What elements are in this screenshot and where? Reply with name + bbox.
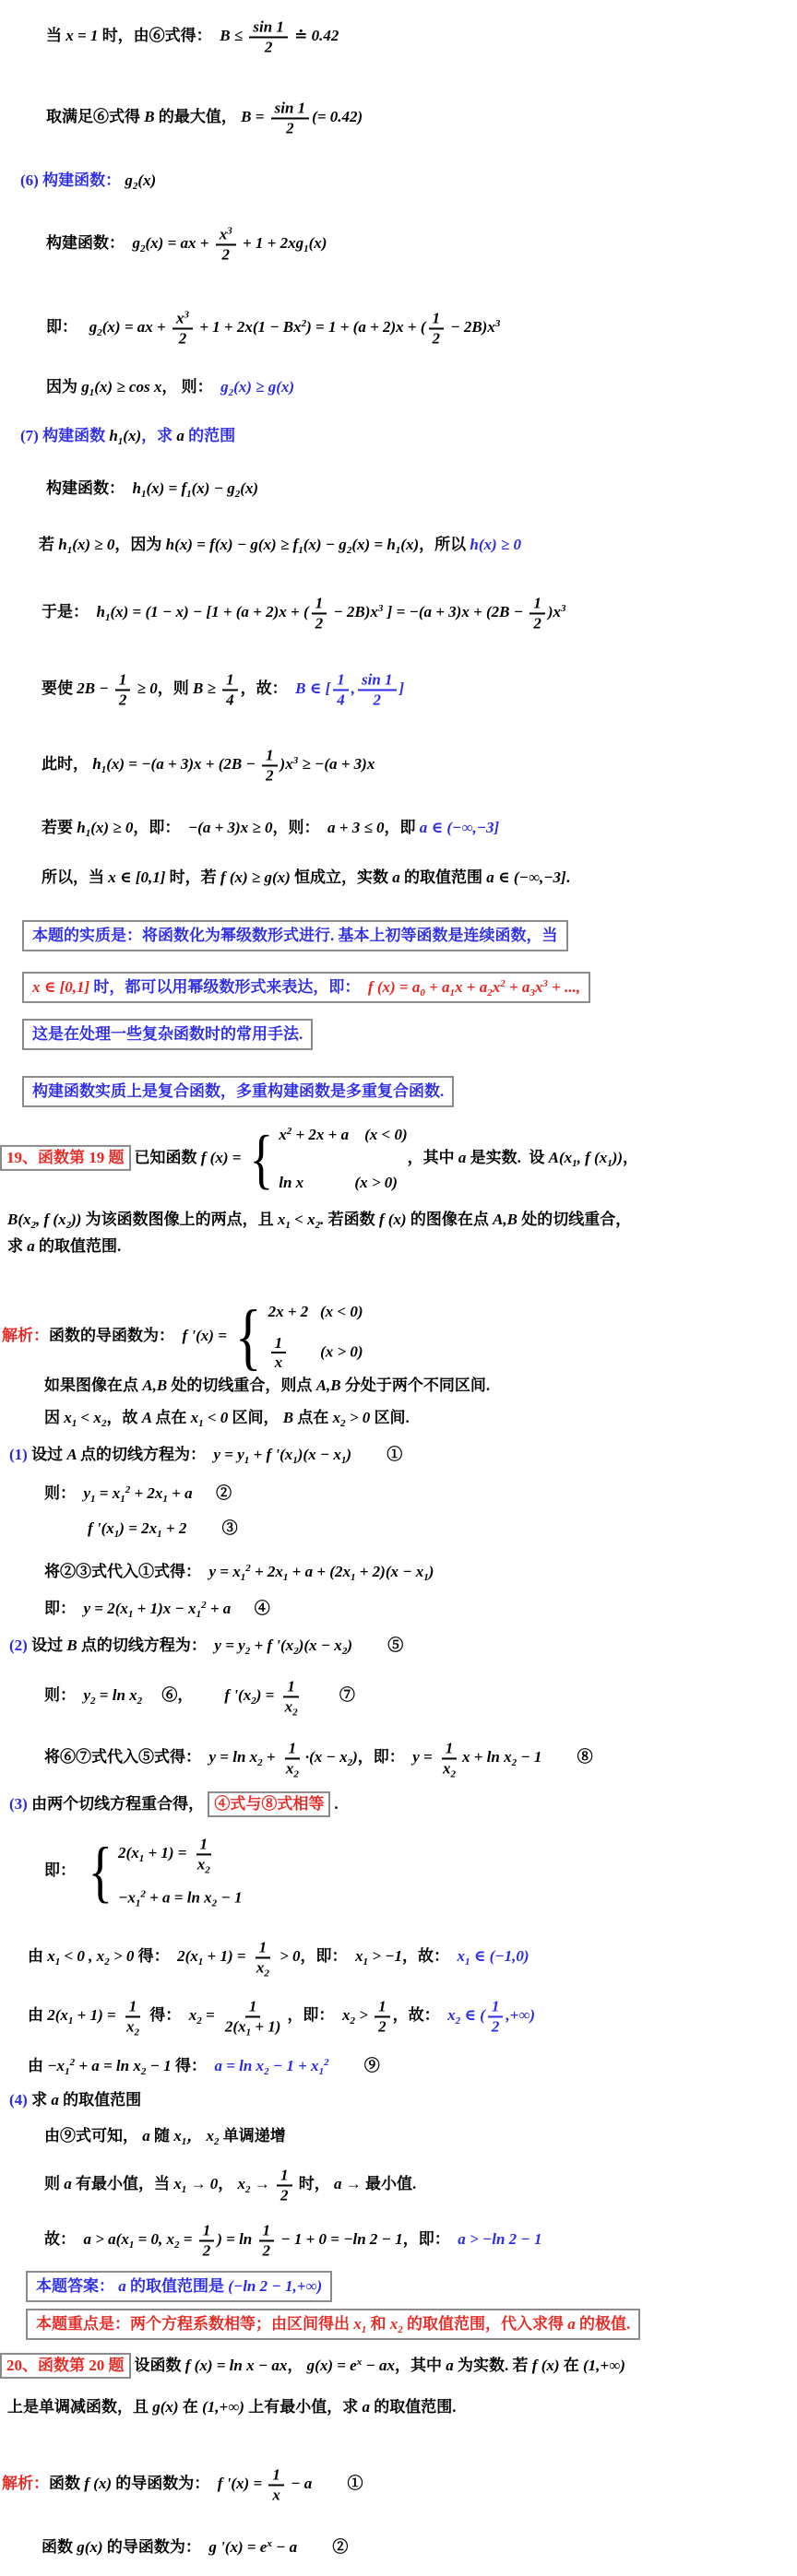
text-segment: g '(x) = e xyxy=(208,2538,267,2556)
text-segment: ，其中 xyxy=(408,1149,458,1166)
text-segment: 1 xyxy=(203,2221,211,2239)
text-segment: → xyxy=(251,2175,275,2192)
text-segment: 1 xyxy=(200,1835,208,1852)
text-segment: (1) xyxy=(9,1446,31,1463)
q19-min-limit: 则 a 有最小值，当 x1 → 0， x2 → 12 时， a → 最小值. xyxy=(44,2166,416,2204)
text-segment: 的取值范围. xyxy=(374,2398,456,2416)
fraction: 12 xyxy=(488,1997,504,2035)
q19-statement-2: B(x2, f (x2)) 为该函数图像上的两点，且 x1 < x2. 若函数 … xyxy=(7,1210,631,1230)
text-segment: ) = xyxy=(256,1686,279,1704)
document-page: 当 x = 1 时，由⑥式得： B ≤ sin 12 ≐ 0.42取满足⑥式得 … xyxy=(0,0,797,2576)
text-segment: − ax xyxy=(362,2357,395,2374)
text-segment: 由 xyxy=(28,2006,47,2024)
q19-a-minimum: 故： a > a(x1 = 0, x2 = 12) = ln 12 − 1 + … xyxy=(44,2221,541,2259)
text-segment: y = xyxy=(412,1748,436,1766)
text-segment: + 1 + 2xg xyxy=(239,234,303,252)
text-segment: y = 2(x xyxy=(84,1600,128,1617)
text-segment: + f '(x xyxy=(249,1446,292,1463)
text-segment: 将⑥⑦式代入⑤式得： xyxy=(44,1748,209,1766)
text-segment: 2 xyxy=(315,614,324,632)
text-segment: 点的切线方程为： xyxy=(80,1446,214,1463)
fraction: 12 xyxy=(375,1997,390,2035)
text-segment: + a = ln x xyxy=(146,1889,212,1907)
text-segment: . xyxy=(334,1795,338,1813)
text-segment: ] = −(a + 3)x + (2B − xyxy=(383,603,527,620)
text-segment: f (x) xyxy=(379,1211,410,1228)
text-segment: (x) xyxy=(137,171,156,189)
text-segment: x ∈ [0,1] xyxy=(108,869,169,886)
text-segment: ① xyxy=(351,1446,402,1463)
text-segment: ⑥， xyxy=(142,1686,224,1704)
text-segment: 3 xyxy=(561,603,566,614)
text-segment: a xyxy=(334,2175,342,2192)
text-segment: + 1) = xyxy=(203,1947,250,1965)
text-segment: ， x xyxy=(186,2127,214,2145)
text-segment: ⑨ xyxy=(329,2057,380,2074)
fraction: 14 xyxy=(222,670,238,708)
text-segment: a xyxy=(118,2277,130,2295)
text-segment: − 2B)x xyxy=(329,603,378,620)
fraction: sin 12 xyxy=(249,18,288,55)
text-segment: )(x − x xyxy=(299,1637,342,1654)
text-segment: A(x xyxy=(549,1149,573,1166)
text-segment: (7) xyxy=(20,427,42,444)
text-segment: 此时， xyxy=(42,755,92,773)
text-segment: 的导函数为： xyxy=(107,2538,209,2556)
text-segment: B ∈ [ xyxy=(295,679,330,697)
note-box-power-series-3: 这是在处理一些复杂函数时的常用手法. xyxy=(22,1019,313,1050)
text-segment: x xyxy=(220,225,228,242)
text-segment: + 1) = xyxy=(144,1844,191,1861)
text-segment: = xyxy=(202,2006,219,2024)
text-segment: 在 xyxy=(564,2357,583,2374)
text-segment: x ∈ [0,1] xyxy=(32,978,93,996)
text-segment: , f (x xyxy=(577,1149,608,1166)
text-segment: ) = 2x xyxy=(119,1519,157,1537)
note-box-power-series-1: 本题的实质是：将函数化为幂级数形式进行. 基本上初等函数是连续函数，当 xyxy=(22,920,568,951)
text-segment: ③ xyxy=(186,1519,237,1537)
text-segment: 即： xyxy=(46,318,89,336)
text-segment: 即： xyxy=(44,1600,84,1617)
text-segment: = 0, x xyxy=(134,2230,174,2248)
fraction: 12 xyxy=(529,594,545,632)
text-segment: 已知函数 xyxy=(135,1149,201,1166)
text-segment: − 2B)x xyxy=(446,318,495,336)
text-segment: + 2 xyxy=(162,1519,187,1537)
text-segment: + a = ln x xyxy=(75,2057,141,2074)
text-segment: ，故： xyxy=(402,1947,458,1965)
text-segment: a xyxy=(446,2357,458,2374)
text-segment: A,B xyxy=(316,1377,345,1394)
boxed-label: ④式与⑧式相等 xyxy=(208,1791,330,1817)
q19-eq8: 将⑥⑦式代入⑤式得： y = ln x2 + 1x2·(x − x2)，即： y… xyxy=(44,1739,593,1777)
text-segment: a xyxy=(362,2398,374,2416)
text-segment: 1 xyxy=(263,2221,271,2239)
text-segment: 2 xyxy=(378,2017,387,2035)
line-g2-ge-g: 因为 g1(x) ≥ cos x， 则： g2(x) ≥ g(x) xyxy=(46,377,294,397)
text-segment: 1 xyxy=(266,746,274,763)
text-segment: = xyxy=(251,108,268,125)
text-segment: − 1 + x xyxy=(269,2057,319,2074)
q19-eq67: 则： y2 = ln x2 ⑥， f '(x2) = 1x2 ⑦ xyxy=(44,1677,355,1715)
piecewise-row: 2(x1 + 1) = 1x2 xyxy=(118,1835,242,1873)
text-segment: 2 xyxy=(179,329,187,347)
text-segment: 得： xyxy=(138,1947,178,1965)
text-segment: x xyxy=(279,1126,287,1143)
text-segment: 若要 xyxy=(42,819,77,836)
fraction: 12 xyxy=(277,2166,292,2204)
fraction: 12 xyxy=(312,594,327,632)
text-segment: 时， xyxy=(295,2175,335,2192)
text-segment: − a xyxy=(272,2538,297,2556)
fraction: 1x xyxy=(271,1334,287,1372)
q19-derivative: 解析：函数的导函数为： f '(x) = {2x + 2 (x < 0)1x (… xyxy=(2,1300,363,1374)
text-segment: − 1 xyxy=(517,1748,541,1766)
text-segment: x xyxy=(285,1697,293,1715)
text-segment: x xyxy=(173,2175,182,2192)
text-segment: ，即 xyxy=(385,819,420,836)
text-segment: 由⑨式可知， xyxy=(44,2127,142,2145)
piecewise-stack: 2(x1 + 1) = 1x2−x12 + a = ln x2 − 1 xyxy=(118,1835,242,1908)
text-segment: ，故 xyxy=(106,1409,141,1426)
text-segment: x + ln x xyxy=(462,1748,512,1766)
text-segment: + f '(x xyxy=(250,1637,293,1654)
q19-step1-tangent-A: (1) 设过 A 点的切线方程为： y = y1 + f '(x1)(x − x… xyxy=(9,1445,402,1465)
piecewise-row: 1x (x > 0) xyxy=(268,1334,363,1372)
text-segment: )x xyxy=(548,603,561,620)
text-segment: 因为 xyxy=(46,378,81,396)
text-segment: h xyxy=(92,755,101,773)
text-segment: 最小值. xyxy=(365,2175,416,2192)
text-segment: 1 xyxy=(272,2465,280,2483)
text-segment: f (x) = a xyxy=(368,978,420,996)
boxed-label: 20、函数第 20 题 xyxy=(0,2353,131,2379)
text-segment: x xyxy=(493,978,501,996)
text-segment: + a + (2x xyxy=(288,1563,351,1580)
text-segment: ·(x − x xyxy=(305,1748,348,1766)
text-segment: ， xyxy=(218,2175,237,2192)
text-segment: (1,+∞) xyxy=(583,2357,625,2374)
text-segment: − 1 + 0 = −ln 2 − 1 xyxy=(277,2230,403,2248)
q20-derivative-f: 解析：函数 f (x) 的导函数为： f '(x) = 1x − a ① xyxy=(2,2465,363,2503)
text-segment: 2 xyxy=(264,1967,269,1979)
text-segment: 构建函数： xyxy=(46,234,133,252)
text-segment: 将②③式代入①式得： xyxy=(44,1563,209,1580)
fraction: 12 xyxy=(199,2221,215,2259)
brace-glyph: { xyxy=(249,1126,273,1192)
text-segment: (6) xyxy=(20,171,42,189)
text-segment: ⑧ xyxy=(541,1748,592,1766)
text-segment: 因 xyxy=(44,1409,64,1426)
text-segment: ⑦ xyxy=(304,1686,355,1704)
text-segment: 1 xyxy=(280,2166,289,2183)
text-segment: x xyxy=(333,1409,341,1426)
text-segment: ⑤ xyxy=(352,1637,403,1654)
text-segment: (= 0.42) xyxy=(312,108,363,125)
text-segment: ∈ (−1,0) xyxy=(470,1947,529,1965)
text-segment: 则： xyxy=(44,1484,84,1502)
q20-derivative-g: 函数 g(x) 的导函数为： g '(x) = ex − a ② xyxy=(42,2537,348,2558)
text-segment: 2 xyxy=(450,1768,456,1779)
text-segment: −x xyxy=(118,1889,136,1907)
text-segment: 的取值范围 xyxy=(63,2091,141,2109)
text-segment: 由两个切线方程重合得， xyxy=(31,1795,208,1813)
text-segment: 求 xyxy=(31,2091,51,2109)
text-segment: 和 xyxy=(366,2315,390,2333)
text-segment: 1 xyxy=(433,309,441,326)
text-segment: 1 xyxy=(249,1997,257,2015)
fraction: 12(x1 + 1) xyxy=(221,1997,285,2035)
q19-answer-box: 本题答案： a 的取值范围是 (−ln 2 − 1,+∞) xyxy=(26,2271,332,2302)
text-segment: 2 xyxy=(533,614,541,632)
text-segment: )) xyxy=(613,1149,623,1166)
text-segment: (x) = (1 − x) − [1 + (a + 2)x + ( xyxy=(110,603,308,620)
text-segment: x xyxy=(197,1855,206,1873)
text-segment: 2 xyxy=(263,2241,271,2259)
text-segment: ) xyxy=(429,1563,434,1580)
text-segment: x xyxy=(64,1409,72,1426)
text-segment: 函数的导函数为： xyxy=(49,1327,183,1344)
text-segment: ) = 1 + (a + 2)x + ( xyxy=(306,318,425,336)
text-segment: (x) = −(a + 3)x + (2B − xyxy=(106,755,259,773)
line-b-max: 取满足⑥式得 B 的最大值， B = sin 12(= 0.42) xyxy=(46,99,363,136)
text-segment: 本题的实质是：将函数化为幂级数形式进行. 基本上初等函数是连续函数，当 xyxy=(32,927,558,944)
text-segment: 的范围 xyxy=(184,427,235,444)
text-segment: 1 xyxy=(289,1739,297,1756)
text-segment: = x xyxy=(96,1484,121,1502)
text-segment: 上有最小值，求 xyxy=(248,2398,362,2416)
q20-statement-1: 20、函数第 20 题设函数 f (x) = ln x − ax， g(x) =… xyxy=(0,2353,625,2379)
text-segment: a > −ln 2 − 1 xyxy=(458,2230,541,2248)
text-segment: f '(x xyxy=(88,1519,114,1537)
text-segment: 构建函数： xyxy=(46,479,133,497)
text-segment: ① xyxy=(312,2475,363,2492)
text-segment: ，则 xyxy=(158,679,193,697)
text-segment: ，因为 xyxy=(114,536,165,553)
text-segment: −(a + 3)x ≥ 0 xyxy=(188,819,273,836)
text-segment: = ln x xyxy=(96,1686,137,1704)
brace-glyph: { xyxy=(88,1837,113,1906)
text-segment: 2 xyxy=(134,2027,139,2038)
text-segment: 2 xyxy=(265,38,273,55)
text-segment: (x) − g xyxy=(303,536,347,553)
text-segment: 解析： xyxy=(2,2475,49,2492)
text-segment: (x) xyxy=(400,536,419,553)
text-segment: 2 xyxy=(221,245,230,263)
text-segment: 2 xyxy=(119,691,127,708)
line-B-range: 要使 2B − 12 ≥ 0，则 B ≥ 14，故： B ∈ [14,sin 1… xyxy=(42,670,404,708)
line-h1-ge0: 若 h1(x) ≥ 0，因为 h(x) = f(x) − g(x) ≥ f1(x… xyxy=(39,535,521,555)
text-segment: ，即： xyxy=(403,2230,458,2248)
fraction: 12 xyxy=(262,746,278,784)
text-segment: f '(x xyxy=(224,1686,251,1704)
text-segment: (3) xyxy=(9,1795,31,1813)
line-h1-expanded: 于是： h1(x) = (1 − x) − [1 + (a + 2)x + (1… xyxy=(42,594,566,632)
q19-monotonic: 由⑨式可知， a 随 x1， x2 单调递增 xyxy=(44,2126,286,2146)
q19-step4-a-range: (4) 求 a 的取值范围 xyxy=(9,2090,141,2110)
text-segment: ④ xyxy=(231,1600,270,1617)
text-segment: + 2x + a (x < 0) xyxy=(291,1126,407,1143)
text-segment: 区间， xyxy=(232,1409,283,1426)
text-segment: B xyxy=(220,27,230,44)
q19-system: 即： {2(x1 + 1) = 1x2−x12 + a = ln x2 − 1 xyxy=(44,1835,242,1908)
text-segment: 1 xyxy=(287,1677,295,1695)
text-segment: , xyxy=(351,679,355,697)
text-segment: h(x) = f(x) − g(x) ≥ f xyxy=(166,536,299,553)
text-segment: 的导函数为： xyxy=(115,2475,218,2492)
text-segment: ，则： xyxy=(273,819,328,836)
q19-step2-tangent-B: (2) 设过 B 点的切线方程为： y = y2 + f '(x2)(x − x… xyxy=(9,1636,403,1656)
text-segment: a xyxy=(392,869,404,886)
text-segment: ] xyxy=(399,679,405,697)
text-segment: 时，由⑥式得： xyxy=(102,27,220,44)
text-segment: 1 xyxy=(378,1997,387,2015)
q19-eq9: 由 −x12 + a = ln x2 − 1 得： a = ln x2 − 1 … xyxy=(28,2056,380,2076)
text-segment: + xyxy=(263,1748,280,1766)
text-segment: 处的切线重合， xyxy=(521,1211,631,1228)
text-segment: ≐ 0.42 xyxy=(291,27,339,44)
brace-glyph: { xyxy=(235,1300,262,1374)
text-segment: 的取值范围，代入求得 xyxy=(403,2315,568,2333)
text-segment: y = y xyxy=(213,1446,244,1463)
text-segment: 2 xyxy=(492,2017,500,2035)
text-segment: + a xyxy=(506,978,530,996)
text-segment: 得： xyxy=(175,2057,215,2074)
text-segment: g xyxy=(125,171,133,189)
text-segment: g xyxy=(133,234,141,252)
text-segment: 若函数 xyxy=(328,1211,379,1228)
text-segment: 1 xyxy=(533,594,541,611)
text-segment: x + a xyxy=(455,978,487,996)
text-segment: B xyxy=(66,1637,81,1654)
text-segment: g xyxy=(89,318,98,336)
text-segment: 2x + 2 (x < 0) xyxy=(268,1303,363,1320)
text-segment: ，即： xyxy=(287,2006,342,2024)
fraction: x32 xyxy=(216,225,236,263)
text-segment: ② xyxy=(297,2538,348,2556)
text-segment: 4 xyxy=(337,691,345,708)
text-segment: f (x) xyxy=(532,2357,564,2374)
text-segment: x xyxy=(355,1947,363,1965)
text-segment: (x) = h xyxy=(351,536,395,553)
text-segment: ，其中 xyxy=(395,2357,446,2374)
text-segment: − 1 xyxy=(217,1889,242,1907)
text-segment: g(x) xyxy=(152,2398,183,2416)
text-segment: 即： xyxy=(44,1861,84,1879)
text-segment: (4) xyxy=(9,2091,31,2109)
text-segment: A xyxy=(142,1409,156,1426)
fraction: sin 12 xyxy=(271,99,310,136)
text-segment: 的取值范围 xyxy=(404,869,486,886)
text-segment: (x) = f xyxy=(146,479,186,497)
text-segment: > 0 xyxy=(110,1947,138,1965)
text-segment: 解析： xyxy=(2,1327,49,1344)
q19-note-1: 如果图像在点 A,B 处的切线重合，则点 A,B 分处于两个不同区间. xyxy=(44,1376,490,1396)
text-segment: 2 xyxy=(292,1707,298,1718)
text-segment: )(x − x xyxy=(298,1446,341,1463)
text-segment: (x) = ax + xyxy=(146,234,213,252)
line-b-upper-bound: 当 x = 1 时，由⑥式得： B ≤ sin 12 ≐ 0.42 xyxy=(46,18,339,55)
text-segment: 在 xyxy=(183,2398,202,2416)
text-segment: . xyxy=(566,869,570,886)
q19-eq3: f '(x1) = 2x1 + 2 ③ xyxy=(88,1518,238,1539)
text-segment: )) xyxy=(71,1211,86,1228)
line-h1-inequality: 此时， h1(x) = −(a + 3)x + (2B − 12)x3 ≥ −(… xyxy=(42,746,375,784)
text-segment: 要使 xyxy=(42,679,77,697)
text-segment: 为该函数图像上的两点，且 xyxy=(86,1211,278,1228)
text-segment: x xyxy=(238,2175,246,2192)
text-segment: ，故： xyxy=(393,2006,448,2024)
text-segment: 2(x xyxy=(225,2017,246,2035)
text-segment: (x) xyxy=(123,427,141,444)
text-segment: 若 xyxy=(39,536,58,553)
note-box-power-series-2: x ∈ [0,1] 时，都可以用幂级数形式来表达，即： f (x) = a0 +… xyxy=(22,972,590,1003)
text-segment: 点的切线方程为： xyxy=(81,1637,215,1654)
text-segment: x xyxy=(65,27,74,44)
text-segment: ，求 xyxy=(141,427,176,444)
text-segment: A xyxy=(66,1446,80,1463)
text-segment: 分处于两个不同区间. xyxy=(345,1377,490,1394)
text-segment: 构建函数实质上是复合函数，多重构建函数是多重复合函数. xyxy=(32,1082,444,1100)
text-segment: 1 xyxy=(492,1997,500,2015)
fraction: 1x2 xyxy=(194,1835,214,1873)
text-segment: 2(x xyxy=(177,1947,198,1965)
text-segment: y xyxy=(84,1484,91,1502)
text-segment: 单调递增 xyxy=(223,2127,286,2145)
text-segment: a xyxy=(142,2127,154,2145)
text-segment: x xyxy=(353,2315,362,2333)
q19-eq4: 即： y = 2(x1 + 1)x − x12 + a ④ xyxy=(44,1599,270,1619)
line-q18-conclusion: 所以，当 x ∈ [0,1] 时，若 f (x) ≥ g(x) 恒成立，实数 a… xyxy=(42,868,570,888)
text-segment: (x) ≥ 0 xyxy=(72,536,114,553)
text-segment: + 2x xyxy=(251,1563,283,1580)
piecewise-row: −x12 + a = ln x2 − 1 xyxy=(118,1888,242,1908)
text-segment: 2(x xyxy=(47,2006,68,2024)
text-segment: y xyxy=(84,1686,91,1704)
q19-substitute-1: 将②③式代入①式得： y = x12 + 2x1 + a + (2x1 + 2)… xyxy=(44,1562,434,1582)
q19-x2-range: 由 2(x1 + 1) = 1x2 得： x2 = 12(x1 + 1)，即： … xyxy=(28,1997,535,2035)
fraction: 12 xyxy=(259,2221,275,2259)
text-segment: 函数 xyxy=(42,2538,77,2556)
text-segment: 处的切线重合，则点 xyxy=(171,1377,315,1394)
text-segment: → 0 xyxy=(186,2175,218,2192)
text-segment: 时，都可以用幂级数形式来表达，即： xyxy=(93,978,368,996)
text-segment: (x) xyxy=(240,479,258,497)
text-segment: ln x (x > 0) xyxy=(279,1174,398,1191)
text-segment: < x xyxy=(291,1211,315,1228)
fraction: 1x2 xyxy=(281,1677,302,1715)
text-segment: g xyxy=(220,378,229,396)
text-segment: ≥ 0 xyxy=(133,679,157,697)
text-segment: 设过 xyxy=(31,1446,66,1463)
text-segment: ，即： xyxy=(301,1947,356,1965)
text-segment: 3 xyxy=(184,309,189,320)
fraction: x32 xyxy=(172,309,193,347)
text-segment: h xyxy=(133,479,141,497)
text-segment: a > a(x xyxy=(84,2230,129,2248)
text-segment: (x) ≥ 0 xyxy=(90,819,133,836)
fraction: sin 12 xyxy=(358,670,397,708)
piecewise-stack: 2x + 2 (x < 0)1x (x > 0) xyxy=(268,1302,363,1371)
text-segment: 1 xyxy=(315,594,324,611)
text-segment: 的取值范围. xyxy=(39,1237,121,1255)
text-segment: 上是单调减函数，且 xyxy=(7,2398,152,2416)
text-segment: + ..., xyxy=(548,978,580,996)
text-segment: 所以，当 xyxy=(42,869,108,886)
text-segment: h xyxy=(58,536,66,553)
text-segment: 3 xyxy=(227,225,232,236)
text-segment: 1 xyxy=(337,670,345,688)
